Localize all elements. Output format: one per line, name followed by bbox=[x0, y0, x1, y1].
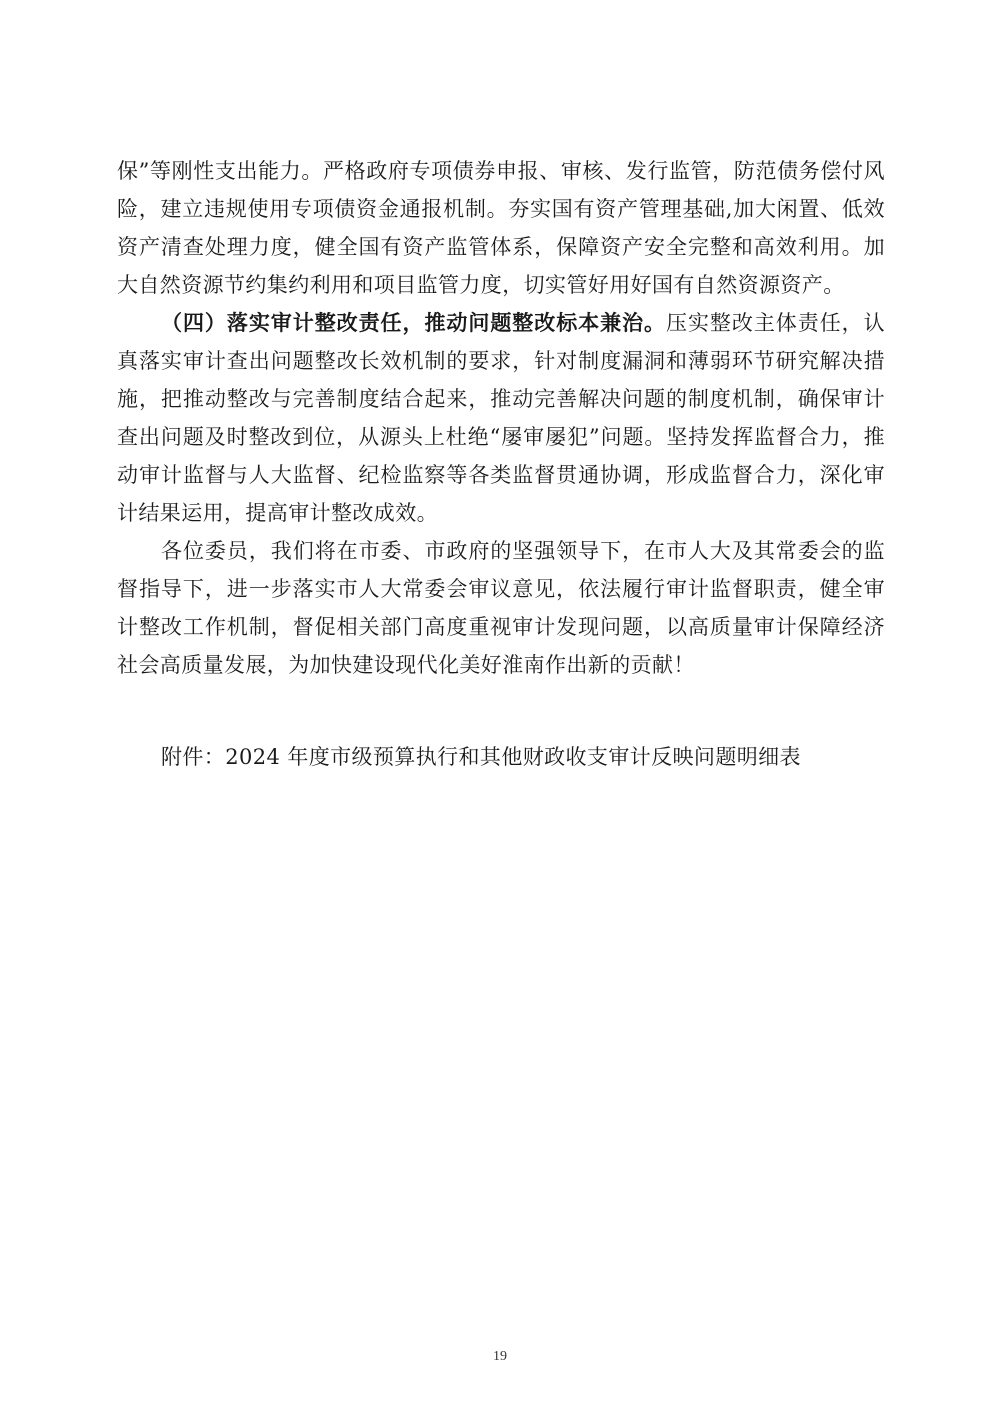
section-heading-four: （四）落实审计整改责任，推动问题整改标本兼治。 bbox=[161, 311, 666, 335]
paragraph-text: 压实整改主体责任，认真落实审计查出问题整改长效机制的要求，针对制度漏洞和薄弱环节… bbox=[117, 311, 885, 525]
paragraph-fiscal-support: 保”等刚性支出能力。严格政府专项债券申报、审核、发行监管，防范债务偿付风险，建立… bbox=[117, 152, 885, 304]
document-body: 保”等刚性支出能力。严格政府专项债券申报、审核、发行监管，防范债务偿付风险，建立… bbox=[117, 152, 885, 684]
page-number: 19 bbox=[0, 1349, 1000, 1365]
paragraph-text: 各位委员，我们将在市委、市政府的坚强领导下，在市人大及其常委会的监督指导下，进一… bbox=[117, 539, 885, 677]
attachment-note: 附件：2024 年度市级预算执行和其他财政收支审计反映问题明细表 bbox=[161, 742, 801, 772]
paragraph-closing-remarks: 各位委员，我们将在市委、市政府的坚强领导下，在市人大及其常委会的监督指导下，进一… bbox=[117, 532, 885, 684]
paragraph-rectification-responsibility: （四）落实审计整改责任，推动问题整改标本兼治。压实整改主体责任，认真落实审计查出… bbox=[117, 304, 885, 532]
paragraph-text: 保”等刚性支出能力。严格政府专项债券申报、审核、发行监管，防范债务偿付风险，建立… bbox=[117, 159, 885, 297]
